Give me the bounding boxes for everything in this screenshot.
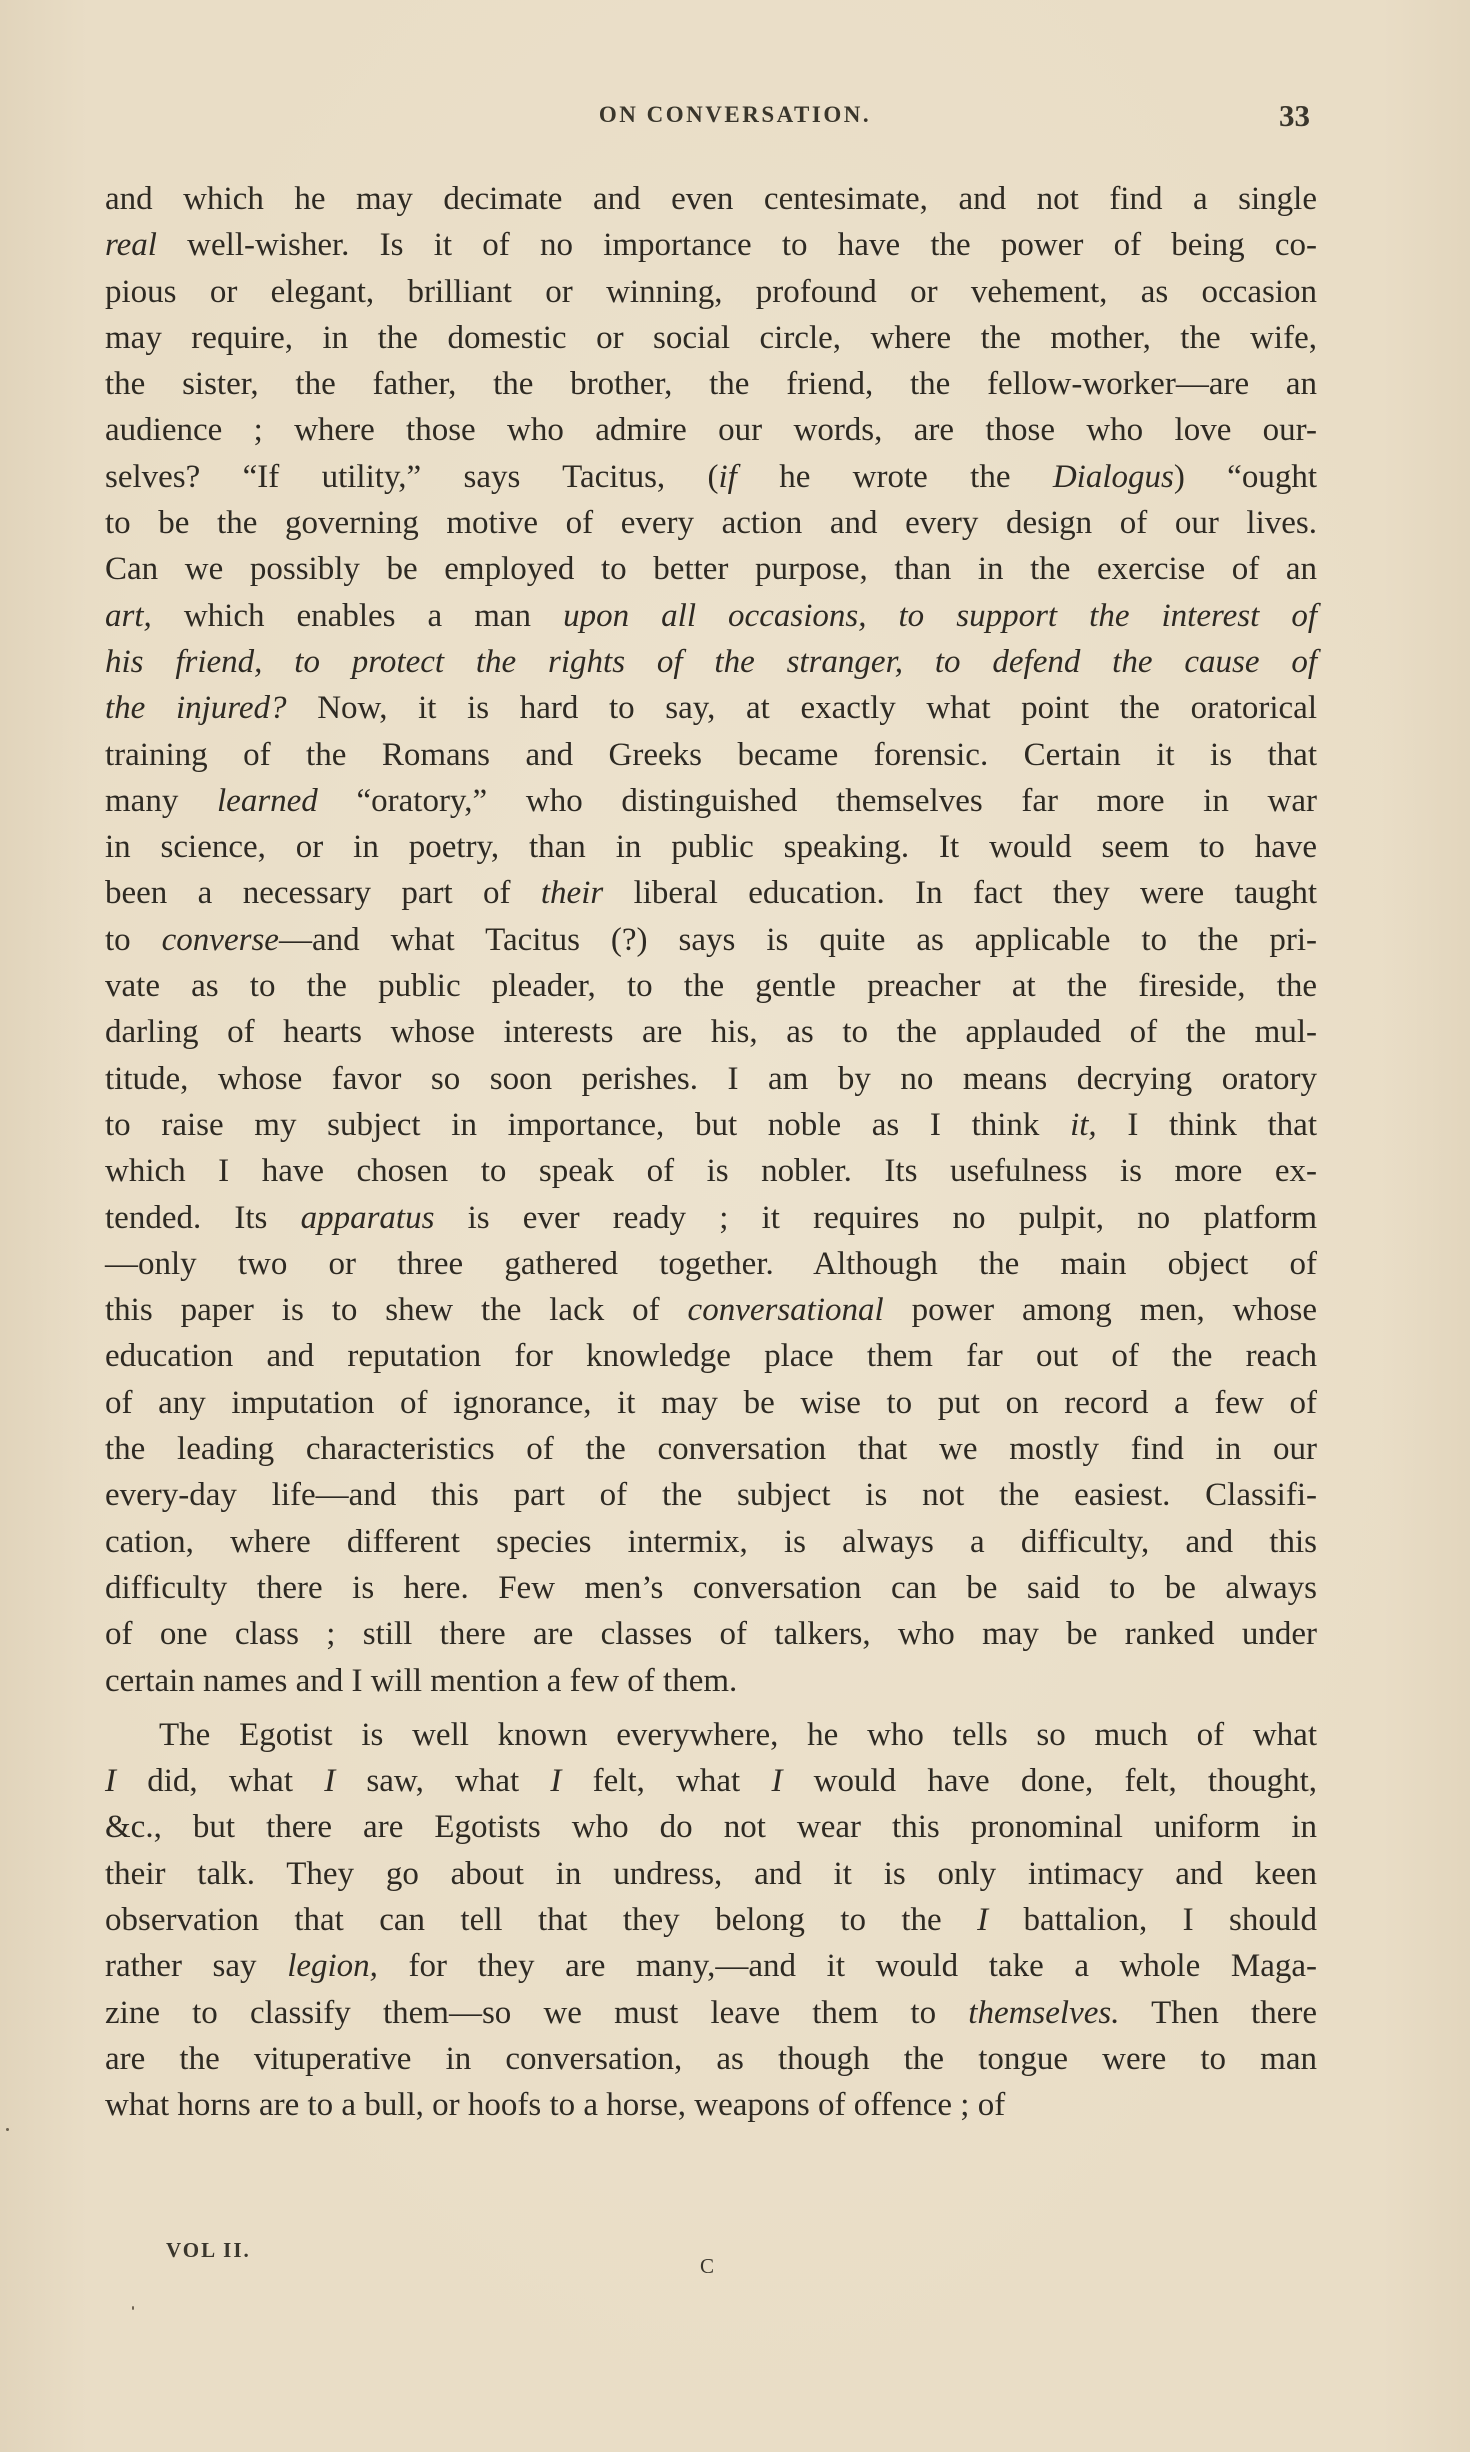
italic-run: Dialogus (1053, 459, 1174, 495)
text-line: vate as to the public pleader, to the ge… (105, 963, 1317, 1009)
text-run: observation that can tell that they belo… (105, 1902, 977, 1938)
paper-speck (6, 2128, 9, 2131)
page-number: 33 (1279, 98, 1310, 134)
text-run: their talk. They go about in undress, an… (105, 1856, 1317, 1892)
italic-run: legion, (287, 1948, 378, 1984)
text-line: art, which enables a man upon all occasi… (105, 593, 1317, 639)
text-run: audience ; where those who admire our wo… (105, 412, 1317, 448)
text-run: cation, where different species intermix… (105, 1524, 1317, 1560)
text-run: this paper is to shew the lack of (105, 1292, 688, 1328)
text-line: his friend, to protect the rights of the… (105, 639, 1317, 685)
running-head: ON CONVERSATION. 33 (0, 98, 1470, 138)
text-line: their talk. They go about in undress, an… (105, 1851, 1317, 1897)
italic-run: I (324, 1763, 335, 1799)
text-line: may require, in the domestic or social c… (105, 315, 1317, 361)
text-run: the leading characteristics of the conve… (105, 1431, 1317, 1467)
text-run: zine to classify them—so we must leave t… (105, 1995, 968, 2031)
text-run: pious or elegant, brilliant or winning, … (105, 274, 1317, 310)
text-line: which I have chosen to speak of is noble… (105, 1148, 1317, 1194)
text-line: what horns are to a bull, or hoofs to a … (105, 2082, 1317, 2128)
text-run: The Egotist is well known everywhere, he… (159, 1717, 1317, 1753)
italic-run: I (550, 1763, 561, 1799)
text-run: “oratory,” who distinguished themselves … (318, 783, 1317, 819)
text-line: in science, or in poetry, than in public… (105, 824, 1317, 870)
text-line: Can we possibly be employed to better pu… (105, 546, 1317, 592)
text-run: battalion, I should (988, 1902, 1317, 1938)
text-run: to raise my subject in importance, but n… (105, 1107, 1070, 1143)
text-line: to raise my subject in importance, but n… (105, 1102, 1317, 1148)
text-run: been a necessary part of (105, 875, 541, 911)
text-line: and which he may decimate and even cente… (105, 176, 1317, 222)
text-line: every-day life—and this part of the subj… (105, 1472, 1317, 1518)
text-run: the sister, the father, the brother, the… (105, 366, 1317, 402)
text-line: cation, where different species intermix… (105, 1519, 1317, 1565)
italic-run: I (977, 1902, 988, 1938)
text-run: training of the Romans and Greeks became… (105, 737, 1317, 773)
text-run: every-day life—and this part of the subj… (105, 1477, 1317, 1513)
italic-run: the injured? (105, 690, 287, 726)
italic-run: I (771, 1763, 782, 1799)
text-run: well-wisher. Is it of no importance to h… (157, 227, 1317, 263)
text-line: this paper is to shew the lack of conver… (105, 1287, 1317, 1333)
book-page: ON CONVERSATION. 33 and which he may dec… (0, 0, 1470, 2452)
text-run: liberal education. In fact they were tau… (603, 875, 1317, 911)
text-run: certain names and I will mention a few o… (105, 1663, 737, 1699)
text-line: titude, whose favor so soon perishes. I … (105, 1056, 1317, 1102)
italic-run: if (719, 459, 737, 495)
body-text: and which he may decimate and even cente… (105, 176, 1317, 2128)
text-run: for they are many,—and it would take a w… (378, 1948, 1317, 1984)
text-run: power among men, whose (884, 1292, 1317, 1328)
text-run: education and reputation for knowledge p… (105, 1338, 1317, 1374)
text-run: I think that (1097, 1107, 1317, 1143)
italic-run: it, (1070, 1107, 1097, 1143)
text-run: is ever ready ; it requires no pulpit, n… (434, 1200, 1317, 1236)
text-run: ) “ought (1174, 459, 1317, 495)
text-run: which I have chosen to speak of is noble… (105, 1153, 1317, 1189)
text-run: tended. Its (105, 1200, 301, 1236)
text-run: Can we possibly be employed to better pu… (105, 551, 1317, 587)
text-run: darling of hearts whose interests are hi… (105, 1014, 1317, 1050)
text-run: titude, whose favor so soon perishes. I … (105, 1061, 1317, 1097)
text-run: would have done, felt, thought, (782, 1763, 1317, 1799)
text-run: of one class ; still there are classes o… (105, 1616, 1317, 1652)
text-run: —only two or three gathered together. Al… (105, 1246, 1317, 1282)
paragraph: and which he may decimate and even cente… (105, 176, 1317, 1704)
text-run: Then there (1119, 1995, 1317, 2031)
italic-run: their (541, 875, 603, 911)
italic-run: converse (162, 922, 279, 958)
text-line: of one class ; still there are classes o… (105, 1611, 1317, 1657)
text-run: many (105, 783, 217, 819)
text-line: pious or elegant, brilliant or winning, … (105, 269, 1317, 315)
text-run: in science, or in poetry, than in public… (105, 829, 1317, 865)
text-line: difficulty there is here. Few men’s conv… (105, 1565, 1317, 1611)
text-run: to be the governing motive of every acti… (105, 505, 1317, 541)
text-run: selves? “If utility,” says Tacitus, ( (105, 459, 719, 495)
text-run: he wrote the (737, 459, 1053, 495)
italic-run: conversational (688, 1292, 884, 1328)
text-line: to be the governing motive of every acti… (105, 500, 1317, 546)
italic-run: themselves. (968, 1995, 1119, 2031)
gathering-signature-mark: C (700, 2254, 714, 2279)
text-line: education and reputation for knowledge p… (105, 1333, 1317, 1379)
page-footer: VOL II. C (0, 2238, 1470, 2278)
running-title: ON CONVERSATION. (0, 102, 1470, 128)
text-run: what horns are to a bull, or hoofs to a … (105, 2087, 1005, 2123)
text-run: which enables a man (152, 598, 563, 634)
italic-run: apparatus (301, 1200, 435, 1236)
text-line: &c., but there are Egotists who do not w… (105, 1804, 1317, 1850)
text-run: Now, it is hard to say, at exactly what … (287, 690, 1317, 726)
text-line: zine to classify them—so we must leave t… (105, 1990, 1317, 2036)
text-line: real well-wisher. Is it of no importance… (105, 222, 1317, 268)
text-line: the leading characteristics of the conve… (105, 1426, 1317, 1472)
text-run: —and what Tacitus (?) says is quite as a… (279, 922, 1317, 958)
text-line: rather say legion, for they are many,—an… (105, 1943, 1317, 1989)
text-run: felt, what (561, 1763, 771, 1799)
text-run: did, what (116, 1763, 324, 1799)
text-line: many learned “oratory,” who distinguishe… (105, 778, 1317, 824)
text-run: may require, in the domestic or social c… (105, 320, 1317, 356)
text-line: observation that can tell that they belo… (105, 1897, 1317, 1943)
italic-run: real (105, 227, 157, 263)
text-run: &c., but there are Egotists who do not w… (105, 1809, 1317, 1845)
italic-run: learned (217, 783, 318, 819)
italic-run: I (105, 1763, 116, 1799)
text-run: are the vituperative in conversation, as… (105, 2041, 1317, 2077)
text-run: saw, what (335, 1763, 550, 1799)
text-line: the injured? Now, it is hard to say, at … (105, 685, 1317, 731)
text-line: selves? “If utility,” says Tacitus, (if … (105, 454, 1317, 500)
text-line: —only two or three gathered together. Al… (105, 1241, 1317, 1287)
text-line: training of the Romans and Greeks became… (105, 732, 1317, 778)
volume-signature: VOL II. (166, 2238, 251, 2263)
text-run: to (105, 922, 162, 958)
text-line: are the vituperative in conversation, as… (105, 2036, 1317, 2082)
text-line: darling of hearts whose interests are hi… (105, 1009, 1317, 1055)
italic-run: upon all occasions, to support the inter… (563, 598, 1317, 634)
italic-run: his friend, to protect the rights of the… (105, 644, 1317, 680)
text-line: I did, what I saw, what I felt, what I w… (105, 1758, 1317, 1804)
paper-speck (132, 2306, 134, 2310)
text-run: rather say (105, 1948, 287, 1984)
text-line: The Egotist is well known everywhere, he… (105, 1712, 1317, 1758)
text-line: certain names and I will mention a few o… (105, 1658, 1317, 1704)
text-run: and which he may decimate and even cente… (105, 181, 1317, 217)
text-line: tended. Its apparatus is ever ready ; it… (105, 1195, 1317, 1241)
text-line: the sister, the father, the brother, the… (105, 361, 1317, 407)
text-line: audience ; where those who admire our wo… (105, 407, 1317, 453)
text-line: of any imputation of ignorance, it may b… (105, 1380, 1317, 1426)
text-line: to converse—and what Tacitus (?) says is… (105, 917, 1317, 963)
text-run: difficulty there is here. Few men’s conv… (105, 1570, 1317, 1606)
italic-run: art, (105, 598, 152, 634)
text-run: of any imputation of ignorance, it may b… (105, 1385, 1317, 1421)
text-run: vate as to the public pleader, to the ge… (105, 968, 1317, 1004)
text-line: been a necessary part of their liberal e… (105, 870, 1317, 916)
paragraph: The Egotist is well known everywhere, he… (105, 1712, 1317, 2129)
